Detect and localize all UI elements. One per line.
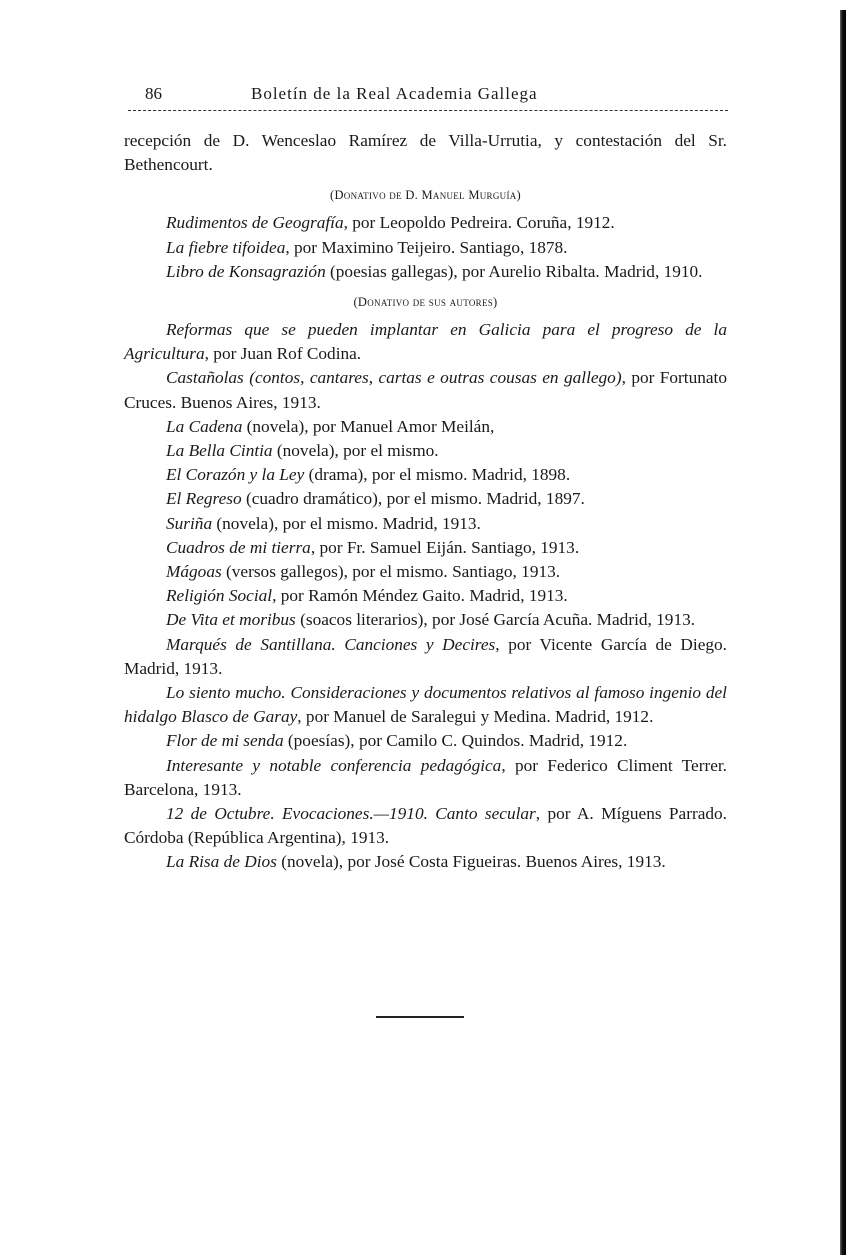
- section-heading-autores: (Donativo de sus autores): [124, 292, 727, 312]
- entry-title: Cuadros de mi tierra: [166, 538, 311, 557]
- entry-details: , por Manuel de Saralegui y Medina. Madr…: [297, 707, 653, 726]
- section-heading-murguia: (Donativo de D. Manuel Murguía): [124, 185, 727, 205]
- entry: El Regreso (cuadro dramático), por el mi…: [124, 487, 727, 511]
- entry-title: La fiebre tifoidea: [166, 238, 285, 257]
- entry-details: (novela), por el mismo.: [273, 441, 439, 460]
- entry-title: Flor de mi senda: [166, 731, 284, 750]
- entry: Marqués de Santillana. Canciones y Decir…: [124, 633, 727, 681]
- entry-title: El Corazón y la Ley: [166, 465, 304, 484]
- entry-details: (drama), por el mismo. Madrid, 1898.: [304, 465, 570, 484]
- page-number: 86: [145, 84, 162, 104]
- entry: Flor de mi senda (poesías), por Camilo C…: [124, 729, 727, 753]
- entry-details: , por Leopoldo Pedreira. Coruña, 1912.: [344, 213, 615, 232]
- entry: De Vita et moribus (soacos literarios), …: [124, 608, 727, 632]
- entry: Rudimentos de Geografía, por Leopoldo Pe…: [124, 211, 727, 235]
- entry: La Risa de Dios (novela), por José Costa…: [124, 850, 727, 874]
- entry: La fiebre tifoidea, por Maximino Teijeir…: [124, 236, 727, 260]
- running-title: Boletín de la Real Academia Gallega: [251, 84, 538, 104]
- entry: Lo siento mucho. Consideraciones y docum…: [124, 681, 727, 729]
- entry-title: Suriña: [166, 514, 212, 533]
- entry-title: De Vita et moribus: [166, 610, 296, 629]
- entry-title: Rudimentos de Geografía: [166, 213, 344, 232]
- entry-details: , por Maximino Teijeiro. Santiago, 1878.: [285, 238, 567, 257]
- entry-details: (soacos literarios), por José García Acu…: [296, 610, 695, 629]
- entry: Mágoas (versos gallegos), por el mismo. …: [124, 560, 727, 584]
- entry: La Cadena (novela), por Manuel Amor Meil…: [124, 415, 727, 439]
- entry: Interesante y notable conferencia pedagó…: [124, 754, 727, 802]
- entry-details: , por Juan Rof Codina.: [205, 344, 361, 363]
- entry: La Bella Cintia (novela), por el mismo.: [124, 439, 727, 463]
- entry-details: , por Ramón Méndez Gaito. Madrid, 1913.: [272, 586, 568, 605]
- entry: 12 de Octubre. Evocaciones.—1910. Canto …: [124, 802, 727, 850]
- entry-details: (novela), por el mismo. Madrid, 1913.: [212, 514, 481, 533]
- entry-title: Mágoas: [166, 562, 222, 581]
- entry: Reformas que se pueden implantar en Gali…: [124, 318, 727, 366]
- opening-paragraph: recepción de D. Wenceslao Ramírez de Vil…: [124, 129, 727, 177]
- entry: El Corazón y la Ley (drama), por el mism…: [124, 463, 727, 487]
- entry-details: (versos gallegos), por el mismo. Santiag…: [222, 562, 560, 581]
- entry-title: La Cadena: [166, 417, 242, 436]
- entry-details: (cuadro dramático), por el mismo. Madrid…: [242, 489, 585, 508]
- entry-title: Religión Social: [166, 586, 272, 605]
- entry-details: (novela), por Manuel Amor Meilán,: [242, 417, 494, 436]
- entry: Libro de Konsagrazión (poesias gallegas)…: [124, 260, 727, 284]
- entry-details: (poesías), por Camilo C. Quindos. Madrid…: [284, 731, 628, 750]
- entry-title: Interesante y notable conferencia pedagó…: [166, 756, 501, 775]
- entry-title: La Risa de Dios: [166, 852, 277, 871]
- scan-edge-border: [840, 10, 846, 1255]
- entry: Cuadros de mi tierra, por Fr. Samuel Eij…: [124, 536, 727, 560]
- page-header: 86 Boletín de la Real Academia Gallega: [143, 84, 728, 108]
- entry-details: (poesias gallegas), por Aurelio Ribalta.…: [326, 262, 703, 281]
- entry-title: El Regreso: [166, 489, 242, 508]
- entry-details: (novela), por José Costa Figueiras. Buen…: [277, 852, 666, 871]
- entry: Castañolas (contos, cantares, cartas e o…: [124, 366, 727, 414]
- entry-title: La Bella Cintia: [166, 441, 273, 460]
- entry-title: Libro de Konsagrazión: [166, 262, 326, 281]
- body-text: recepción de D. Wenceslao Ramírez de Vil…: [124, 129, 727, 875]
- document-page: 86 Boletín de la Real Academia Gallega r…: [0, 0, 850, 1255]
- entry-details: , por Fr. Samuel Eiján. Santiago, 1913.: [311, 538, 579, 557]
- header-rule: [128, 110, 728, 111]
- entry-title: Castañolas (contos, cantares, cartas e o…: [166, 368, 622, 387]
- entry-title: 12 de Octubre. Evocaciones.—1910. Canto …: [166, 804, 536, 823]
- entry: Suriña (novela), por el mismo. Madrid, 1…: [124, 512, 727, 536]
- entry-title: Marqués de Santillana. Canciones y Decir…: [166, 635, 495, 654]
- entry: Religión Social, por Ramón Méndez Gaito.…: [124, 584, 727, 608]
- end-rule: [376, 1016, 464, 1018]
